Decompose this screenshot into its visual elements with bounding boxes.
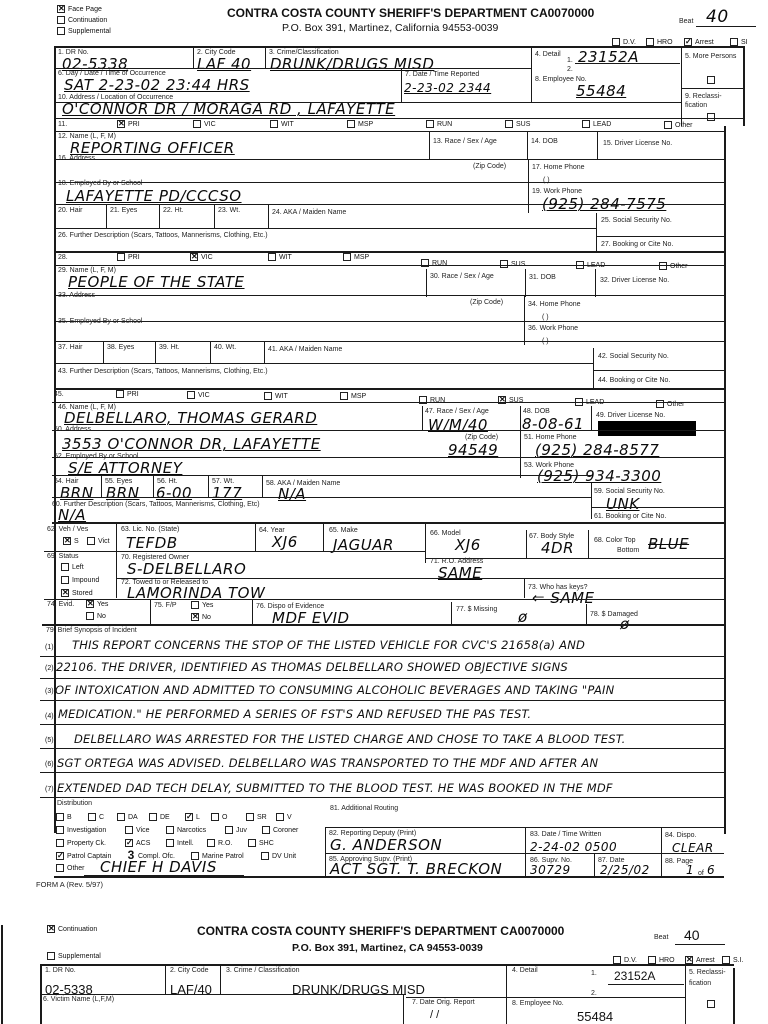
evidence-no-checkbox[interactable]: No bbox=[86, 612, 106, 620]
p1-run-checkbox[interactable]: RUN bbox=[426, 120, 452, 128]
p2-arrest-checkbox[interactable]: ✕Arrest bbox=[685, 956, 715, 964]
dist-c-checkbox[interactable]: C bbox=[88, 813, 104, 821]
dist-intell-checkbox[interactable]: Intell. bbox=[166, 839, 194, 847]
veh-victim-checkbox[interactable]: Vict bbox=[87, 537, 110, 545]
page-title: CONTRA COSTA COUNTY SHERIFF'S DEPARTMENT… bbox=[227, 6, 594, 20]
p1-other-checkbox[interactable]: Other bbox=[664, 121, 693, 129]
p1-wit-checkbox[interactable]: WIT bbox=[270, 120, 294, 128]
status-left-checkbox[interactable]: Left bbox=[61, 563, 84, 571]
crime-classification: DRUNK/DRUGS MISD bbox=[270, 57, 434, 72]
dist-shc-checkbox[interactable]: SHC bbox=[248, 839, 274, 847]
vehicle-year: XJ6 bbox=[272, 535, 298, 550]
face-page-check-icon: ✕ bbox=[57, 5, 65, 13]
p2-pri-checkbox[interactable]: PRI bbox=[117, 253, 140, 261]
p2-si-checkbox[interactable]: S.I. bbox=[722, 956, 744, 964]
p3-zip: 94549 bbox=[448, 443, 498, 458]
p2-beat-label: Beat bbox=[654, 934, 668, 941]
synopsis-line-1: THIS REPORT CONCERNS THE STOP OF THE LIS… bbox=[72, 640, 585, 652]
p2-detail-code: 23152A bbox=[614, 970, 655, 982]
dist-da-checkbox[interactable]: DA bbox=[117, 813, 138, 821]
p2-department-address: P.O. Box 391, Martinez, CA 94553-0039 bbox=[292, 942, 483, 954]
p3-description: N/A bbox=[58, 508, 86, 523]
face-page-checkbox[interactable]: ✕ Face Page bbox=[57, 5, 102, 13]
p1-name: REPORTING OFFICER bbox=[70, 141, 235, 156]
supervisor-number: 30729 bbox=[530, 864, 571, 876]
dollars-missing: ø bbox=[518, 610, 528, 625]
p1-pri-checkbox[interactable]: ✕PRI bbox=[117, 120, 140, 128]
evidence-yes-checkbox[interactable]: ✕Yes bbox=[86, 600, 108, 608]
continuation-checkbox[interactable]: Continuation bbox=[57, 16, 107, 24]
arrest-check-icon: ✓ bbox=[684, 38, 692, 46]
fp-no-checkbox[interactable]: ✕No bbox=[191, 613, 211, 621]
synopsis-line-2: 22106. THE DRIVER, IDENTIFIED AS THOMAS … bbox=[56, 662, 568, 674]
employee-number: 55484 bbox=[576, 84, 626, 99]
p3-work-phone: (925) 934-3300 bbox=[537, 469, 661, 484]
synopsis-line-7: EXTENDED DAD TECH DELAY, SUBMITTED TO TH… bbox=[57, 783, 613, 795]
reported-datetime: 2-23-02 2344 bbox=[404, 82, 491, 94]
dist-coroner-checkbox[interactable]: Coroner bbox=[262, 826, 298, 834]
dist-acs-checkbox[interactable]: ✓ACS bbox=[125, 839, 150, 847]
p3-eyes: BRN bbox=[106, 486, 139, 501]
form-id: FORM A (Rev. 5/97) bbox=[36, 881, 103, 889]
dist-narcotics-checkbox[interactable]: Narcotics bbox=[166, 826, 206, 834]
vehicle-color: BLUE bbox=[648, 537, 689, 552]
beat-value: 40 bbox=[706, 9, 729, 26]
p2-supplemental-checkbox[interactable]: Supplemental bbox=[47, 952, 101, 960]
synopsis-line-3: OF INTOXICATION AND ADMITTED TO CONSUMIN… bbox=[55, 685, 614, 697]
city-code: LAF 40 bbox=[197, 57, 251, 72]
dv-checkbox[interactable]: D.V. bbox=[612, 38, 636, 46]
p3-vic-checkbox[interactable]: VIC bbox=[187, 391, 210, 399]
additional-routing-label: 81. Additional Routing bbox=[330, 805, 398, 812]
p3-home-phone: (925) 284-8577 bbox=[535, 443, 659, 458]
vehicle-model: XJ6 bbox=[455, 538, 481, 553]
p3-pri-checkbox[interactable]: PRI bbox=[116, 390, 139, 398]
dist-other-checkbox[interactable]: Other bbox=[56, 864, 85, 872]
synopsis-line-6: SGT ORTEGA WAS ADVISED. DELBELLARO WAS T… bbox=[57, 758, 598, 770]
dist-investigation-checkbox[interactable]: Investigation bbox=[56, 826, 106, 834]
si-checkbox[interactable]: SI bbox=[730, 38, 748, 46]
dist-dv-unit-checkbox[interactable]: DV Unit bbox=[261, 852, 296, 860]
dist-o-checkbox[interactable]: O bbox=[211, 813, 227, 821]
fp-yes-checkbox[interactable]: Yes bbox=[191, 601, 213, 609]
hro-checkbox[interactable]: HRO bbox=[646, 38, 673, 46]
dist-v-checkbox[interactable]: V bbox=[276, 813, 292, 821]
occurrence-datetime: SAT 2-23-02 23:44 HRS bbox=[64, 78, 250, 93]
p3-employer: S/E ATTORNEY bbox=[68, 461, 182, 476]
p2-reclassification-checkbox[interactable] bbox=[707, 1000, 715, 1008]
p2-msp-checkbox[interactable]: MSP bbox=[343, 253, 369, 261]
p2-continuation-checkbox[interactable]: ✕Continuation bbox=[47, 925, 97, 933]
p2-vic-checkbox[interactable]: ✕VIC bbox=[190, 253, 213, 261]
p2-dv-checkbox[interactable]: D.V. bbox=[613, 956, 637, 964]
status-stored-checkbox[interactable]: ✕Stored bbox=[61, 589, 93, 597]
approval-date: 2/25/02 bbox=[600, 864, 650, 876]
dist-vice-checkbox[interactable]: Vice bbox=[125, 826, 150, 834]
occurrence-location: O'CONNOR DR / MORAGA RD , LAFAYETTE bbox=[62, 102, 395, 117]
p3-height: 6-00 bbox=[156, 486, 192, 501]
p2-page-title: CONTRA COSTA COUNTY SHERIFF'S DEPARTMENT… bbox=[197, 924, 564, 938]
p2-name: PEOPLE OF THE STATE bbox=[68, 275, 245, 290]
p3-hair: BRN bbox=[60, 486, 93, 501]
p1-employer: LAFAYETTE PD/CCCSO bbox=[66, 189, 242, 204]
dist-property-checkbox[interactable]: Property Ck. bbox=[56, 839, 106, 847]
synopsis-line-5: DELBELLARO WAS ARRESTED FOR THE LISTED C… bbox=[74, 734, 625, 746]
dist-l-checkbox[interactable]: ✓L bbox=[185, 813, 200, 821]
dist-sr-checkbox[interactable]: SR bbox=[246, 813, 267, 821]
veh-suspect-checkbox[interactable]: ✕S bbox=[63, 537, 79, 545]
vehicle-body-style: 4DR bbox=[541, 541, 574, 556]
p2-beat-value: 40 bbox=[684, 928, 700, 942]
p3-name: DELBELLARO, THOMAS GERARD bbox=[64, 411, 317, 426]
p3-aka: N/A bbox=[278, 487, 306, 502]
arrest-checkbox[interactable]: ✓Arrest bbox=[684, 38, 714, 46]
p2-other-checkbox[interactable]: Other bbox=[659, 262, 688, 270]
p3-wit-checkbox[interactable]: WIT bbox=[264, 392, 288, 400]
p2-sus-checkbox[interactable]: SUS bbox=[500, 260, 525, 268]
p1-sus-checkbox[interactable]: SUS bbox=[505, 120, 530, 128]
approving-supervisor: ACT SGT. T. BRECKON bbox=[330, 862, 502, 877]
dist-de-checkbox[interactable]: DE bbox=[149, 813, 170, 821]
more-persons-checkbox[interactable] bbox=[707, 76, 715, 84]
dist-ro-checkbox[interactable]: R.O. bbox=[207, 839, 232, 847]
dist-b-checkbox[interactable]: B bbox=[56, 813, 72, 821]
p3-msp-checkbox[interactable]: MSP bbox=[340, 392, 366, 400]
beat-label: Beat bbox=[679, 18, 693, 25]
status-impound-checkbox[interactable]: Impound bbox=[61, 576, 99, 584]
dist-juv-checkbox[interactable]: Juv bbox=[225, 826, 247, 834]
reporting-deputy: G. ANDERSON bbox=[330, 838, 442, 853]
date-time-written: 2-24-02 0500 bbox=[530, 841, 617, 853]
p1-msp-checkbox[interactable]: MSP bbox=[347, 120, 373, 128]
page-total: 6 bbox=[707, 864, 715, 876]
p3-ssn: UNK bbox=[606, 497, 640, 512]
p3-weight: 177 bbox=[212, 486, 242, 501]
p2-hro-checkbox[interactable]: HRO bbox=[648, 956, 675, 964]
p1-lead-checkbox[interactable]: LEAD bbox=[582, 120, 611, 128]
license-plate: TEFDB bbox=[126, 536, 178, 551]
p3-address: 3553 O'CONNOR DR, LAFAYETTE bbox=[62, 437, 321, 452]
redacted-license bbox=[598, 421, 696, 436]
registered-owner: S-DELBELLARO bbox=[127, 562, 246, 577]
p2-wit-checkbox[interactable]: WIT bbox=[268, 253, 292, 261]
reclassification-checkbox[interactable] bbox=[707, 113, 715, 121]
synopsis-line-4: MEDICATION." HE PERFORMED A SERIES OF FS… bbox=[58, 709, 531, 721]
p1-vic-checkbox[interactable]: VIC bbox=[193, 120, 216, 128]
p2-original-report-date: / / bbox=[430, 1010, 439, 1021]
supplemental-checkbox[interactable]: Supplemental bbox=[57, 27, 111, 35]
p2-employee-number: 55484 bbox=[577, 1010, 613, 1023]
dist-other-value: CHIEF H DAVIS bbox=[100, 860, 217, 875]
department-address: P.O. Box 391, Martinez, California 94553… bbox=[282, 22, 498, 34]
page-number: 1 bbox=[686, 864, 694, 876]
